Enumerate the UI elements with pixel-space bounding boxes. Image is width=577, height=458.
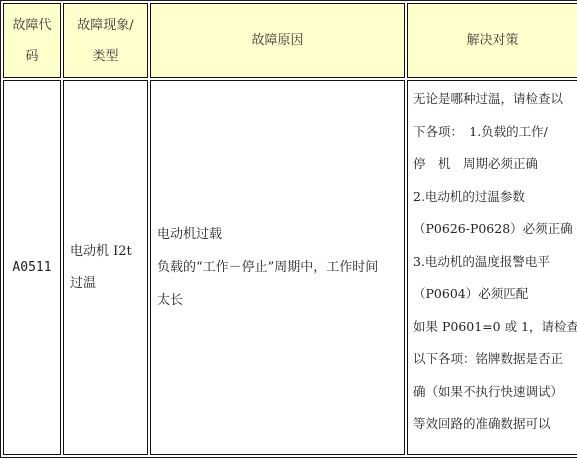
fault-cause-line: 电动机过载 bbox=[157, 218, 398, 251]
solution-line: 如果 P0601=0 或 1，请检查 bbox=[413, 311, 572, 344]
header-fault-type-line1: 故障现象/ bbox=[68, 10, 143, 41]
fault-code-table: 故障代 码 故障现象/ 类型 故障原因 解决对策 A0511 电动机 I2t 过… bbox=[0, 0, 577, 458]
solution-line: 确（如果不执行快速调试） bbox=[413, 376, 572, 409]
header-solution: 解决对策 bbox=[407, 3, 577, 78]
solution-line: 无论是哪种过温，请检查以 bbox=[413, 83, 572, 116]
fault-cause-line: 太长 bbox=[157, 284, 398, 317]
header-fault-code-line1: 故障代 bbox=[10, 10, 54, 41]
solution-cell: 无论是哪种过温，请检查以 下各项： 1.负载的工作/ 停 机 周期必须正确 2.… bbox=[407, 80, 577, 455]
fault-cause-line: 负载的“工作－停止”周期中，工作时间 bbox=[157, 251, 398, 284]
solution-line: 3.电动机的温度报警电平 bbox=[413, 246, 572, 279]
table-row: A0511 电动机 I2t 过温 电动机过载 负载的“工作－停止”周期中，工作时… bbox=[3, 80, 577, 455]
header-fault-code-line2: 码 bbox=[10, 41, 54, 72]
fault-type-cell: 电动机 I2t 过温 bbox=[63, 80, 148, 455]
solution-line: 以下各项：铭牌数据是否正 bbox=[413, 343, 572, 376]
header-fault-type-line2: 类型 bbox=[68, 41, 143, 72]
header-fault-type: 故障现象/ 类型 bbox=[63, 3, 148, 78]
fault-type-line: 电动机 I2t bbox=[70, 236, 141, 268]
solution-line: 下各项： 1.负载的工作/ bbox=[413, 116, 572, 149]
header-fault-cause: 故障原因 bbox=[150, 3, 405, 78]
solution-line: （P0626-P0628）必须正确 bbox=[413, 213, 572, 246]
solution-line: 2.电动机的过温参数 bbox=[413, 181, 572, 214]
header-fault-code: 故障代 码 bbox=[3, 3, 61, 78]
table-header-row: 故障代 码 故障现象/ 类型 故障原因 解决对策 bbox=[3, 3, 577, 78]
solution-line: 等效回路的准确数据可以 bbox=[413, 408, 572, 441]
fault-cause-cell: 电动机过载 负载的“工作－停止”周期中，工作时间 太长 bbox=[150, 80, 405, 455]
solution-line: （P0604）必须匹配 bbox=[413, 278, 572, 311]
solution-line: 停 机 周期必须正确 bbox=[413, 148, 572, 181]
fault-type-line: 过温 bbox=[70, 268, 141, 300]
fault-code-cell: A0511 bbox=[3, 80, 61, 455]
